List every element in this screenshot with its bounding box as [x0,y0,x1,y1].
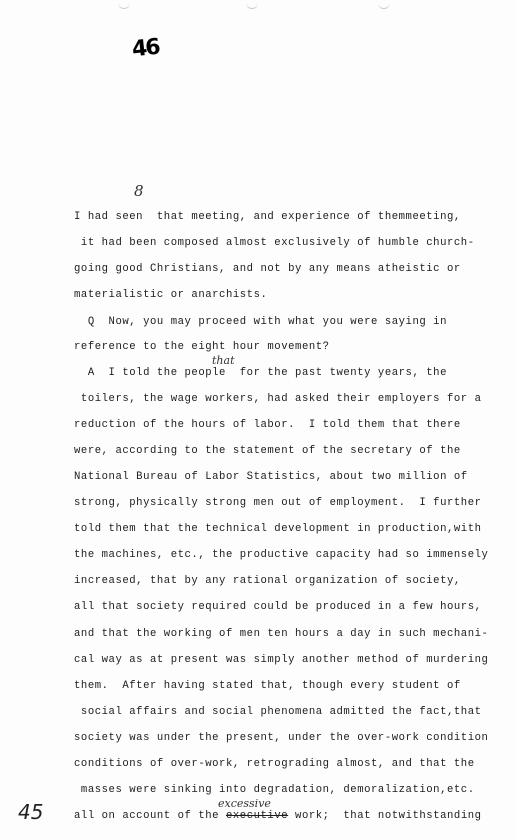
text-line: I had seen that meeting, and experience … [74,210,461,224]
document-page: 46 8 I had seen that meeting, and experi… [0,0,516,840]
text-line: cal way as at present was simply another… [74,653,488,667]
text-line: were, according to the statement of the … [74,444,461,458]
struck-word: executive [226,810,288,822]
handwritten-page-number-top: 46 [131,35,160,63]
text-line: going good Christians, and not by any me… [74,262,461,276]
text-line: society was under the present, under the… [74,731,488,745]
text-line: Q Now, you may proceed with what you wer… [74,315,447,329]
text-segment: all on account of the [74,810,226,822]
text-line: masses were sinking into degradation, de… [74,783,475,797]
text-line: conditions of over-work, retrograding al… [74,757,475,771]
text-line: them. After having stated that, though e… [74,679,461,693]
text-line: increased, that by any rational organiza… [74,574,461,588]
handwritten-insert-8: 8 [134,182,144,200]
text-line: toilers, the wage workers, had asked the… [74,392,482,406]
punch-hole [246,0,258,9]
text-line: social affairs and social phenomena admi… [74,705,482,719]
text-line-last: all on account of the executive work; th… [74,809,482,823]
text-line: National Bureau of Labor Statistics, abo… [74,470,468,484]
text-line: all that society required could be produ… [74,600,482,614]
text-segment: work; that notwithstanding [288,810,481,822]
punch-hole [118,0,130,9]
text-line: materialistic or anarchists. [74,288,267,302]
text-line: A I told the people for the past twenty … [74,366,447,380]
text-line: reference to the eight hour movement? [74,340,330,354]
text-line: reduction of the hours of labor. I told … [74,418,461,432]
text-line: strong, physically strong men out of emp… [74,496,482,510]
handwritten-page-number-bottom: 45 [18,800,43,824]
text-line: and that the working of men ten hours a … [74,627,488,641]
punch-hole [378,0,390,9]
text-line: told them that the technical development… [74,522,482,536]
text-line: it had been composed almost exclusively … [74,236,475,250]
text-line: the machines, etc., the productive capac… [74,548,488,562]
